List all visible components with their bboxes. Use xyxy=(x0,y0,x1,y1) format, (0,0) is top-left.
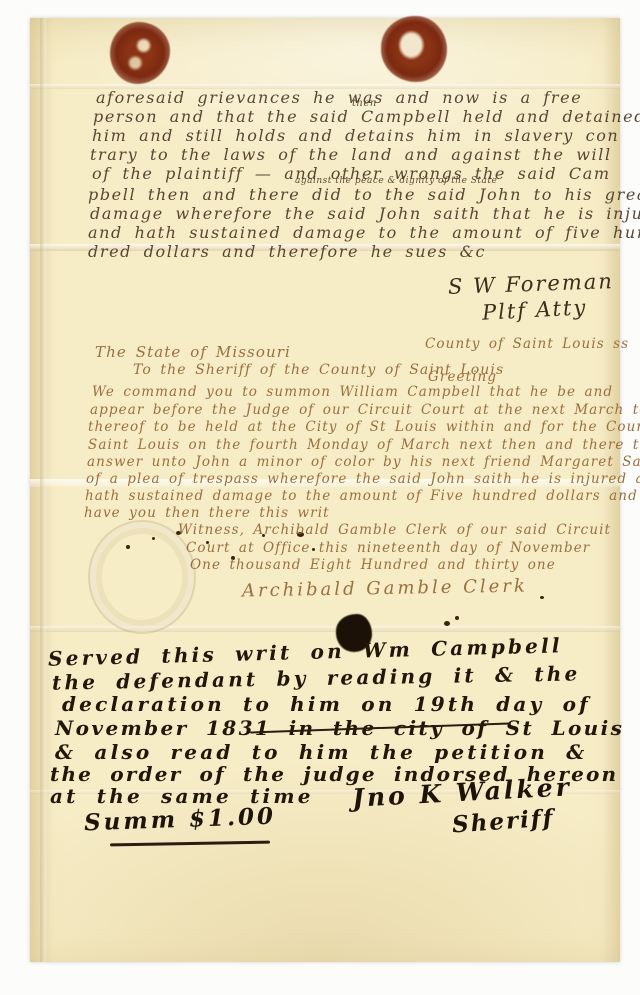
declaration-line: aforesaid grievances he was and now is a… xyxy=(96,88,582,107)
return-line: declaration to him on 19th day of xyxy=(62,692,591,716)
writ-witness-line: One thousand Eight Hundred and thirty on… xyxy=(190,557,556,573)
writ-line: hath sustained damage to the amount of F… xyxy=(85,488,638,504)
ink-spatter xyxy=(126,545,130,549)
scanned-document-page: aforesaid grievances he was and now is a… xyxy=(0,0,640,995)
ink-spatter xyxy=(455,616,459,620)
ink-spatter xyxy=(540,596,544,599)
wax-seal-stain-right xyxy=(381,16,447,82)
writ-line: have you then there this writ xyxy=(84,505,330,521)
vertical-fold-crease xyxy=(40,18,46,962)
ink-spatter xyxy=(444,621,450,626)
writ-witness-line: Witness, Archibald Gamble Clerk of our s… xyxy=(178,522,611,538)
declaration-line: dred dollars and therefore he sues &c xyxy=(88,242,486,261)
writ-state-heading: The State of Missouri xyxy=(95,343,291,361)
interlined-phrase: against the peace & dignity of the State xyxy=(295,176,497,186)
writ-line: answer unto John a minor of color by his… xyxy=(87,454,640,470)
writ-line: Saint Louis on the fourth Monday of Marc… xyxy=(88,437,640,453)
writ-line: thereof to be held at the City of St Lou… xyxy=(88,419,640,435)
writ-county-heading: County of Saint Louis ss xyxy=(425,336,629,352)
declaration-line: him and still holds and detains him in s… xyxy=(92,126,619,145)
writ-line: We command you to summon William Campbel… xyxy=(92,384,613,400)
ink-spatter xyxy=(152,537,155,540)
declaration-line: trary to the laws of the land and agains… xyxy=(90,145,612,164)
declaration-line: damage wherefore the said John saith tha… xyxy=(90,204,640,223)
declaration-line: pbell then and there did to the said Joh… xyxy=(88,185,640,204)
writ-greeting: Greeting xyxy=(428,369,497,385)
writ-line: appear before the Judge of our Circuit C… xyxy=(90,402,640,418)
declaration-line: and hath sustained damage to the amount … xyxy=(88,223,640,242)
return-line: & also read to him the petition & xyxy=(55,740,587,764)
declaration-line: person and that the said Campbell held a… xyxy=(93,107,640,126)
writ-witness-line: Court at Office this nineteenth day of N… xyxy=(186,540,590,556)
writ-line: of a plea of trespass wherefore the said… xyxy=(86,471,640,487)
interlined-word: then xyxy=(352,98,377,109)
